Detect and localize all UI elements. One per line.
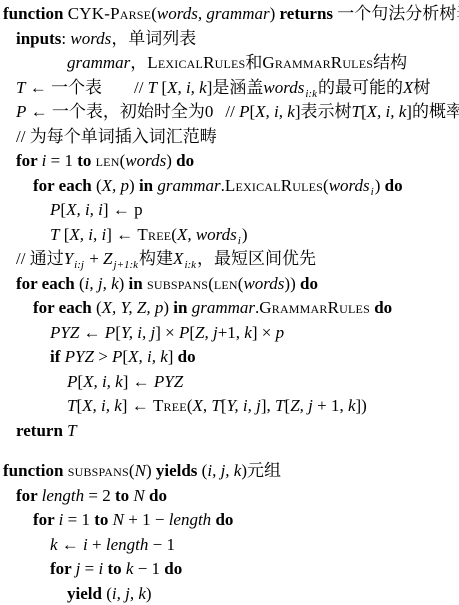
- code-segment: =: [80, 559, 98, 578]
- code-segment: to: [77, 151, 95, 170]
- code-segment: to: [107, 559, 125, 578]
- code-segment: ，最短区间优先: [197, 249, 316, 268]
- code-segment: i: [371, 186, 374, 198]
- pseudocode-block-cyk-parse: function CYK-Parse(words, grammar) retur…: [2, 2, 459, 443]
- code-segment: 树: [413, 78, 430, 97]
- code-segment: do: [215, 510, 233, 529]
- code-line: inputs: words，单词列表: [2, 27, 459, 52]
- code-segment: +1,: [218, 323, 245, 342]
- code-line: for j = i to k − 1 do: [2, 557, 459, 582]
- code-segment: words: [70, 29, 111, 48]
- code-segment: ): [270, 4, 280, 23]
- code-line: yield (i, j, k): [2, 582, 459, 605]
- code-segment: >: [94, 347, 112, 366]
- code-segment: P: [105, 323, 115, 342]
- code-segment: LexicalRules: [225, 176, 323, 195]
- code-segment: T: [211, 396, 220, 415]
- code-segment: ): [242, 225, 248, 244]
- code-segment: N: [133, 486, 144, 505]
- code-segment: − 1: [133, 559, 164, 578]
- code-segment: )): [284, 274, 300, 293]
- code-segment: 的最可能的: [318, 78, 403, 97]
- code-segment: Y: [64, 249, 73, 268]
- code-segment: ): [146, 584, 152, 603]
- code-line: for i = 1 to len(words) do: [2, 149, 459, 174]
- code-segment: X, i, i: [69, 225, 106, 244]
- code-segment: P: [179, 323, 189, 342]
- code-segment: //: [134, 78, 148, 97]
- code-line: T[X, i, k] ← Tree(X, T[Y, i, j], T[Z, j …: [2, 394, 459, 419]
- code-segment: +: [88, 535, 106, 554]
- code-segment: inputs: [16, 29, 61, 48]
- code-segment: do: [374, 298, 392, 317]
- code-segment: ]): [356, 396, 367, 415]
- code-line: for each (X, p) in grammar.LexicalRules(…: [2, 174, 459, 199]
- code-segment: in: [173, 298, 191, 317]
- code-segment: i, j, k: [112, 584, 146, 603]
- code-segment: k: [244, 323, 252, 342]
- code-segment: 一个句法分析树表: [337, 4, 459, 23]
- code-line: for each (X, Y, Z, p) in grammar.Grammar…: [2, 296, 459, 321]
- code-segment: for each: [33, 176, 96, 195]
- code-segment: Z, j: [195, 323, 218, 342]
- code-segment: )元组: [241, 461, 281, 480]
- code-segment: Z, j: [290, 396, 313, 415]
- pseudocode-page: function CYK-Parse(words, grammar) retur…: [0, 0, 459, 605]
- code-line: P ← 一个表，初始时全为0// P[X, i, k]表示树T[X, i, k]…: [2, 100, 459, 125]
- code-segment: T: [351, 102, 360, 121]
- code-segment: GrammarRules: [259, 298, 370, 317]
- code-segment: 和: [245, 53, 262, 72]
- code-segment: X: [403, 78, 413, 97]
- code-segment: in: [139, 176, 157, 195]
- code-segment: ): [166, 151, 176, 170]
- code-segment: ): [146, 461, 156, 480]
- code-segment: ]表示树: [295, 102, 352, 121]
- code-segment: ← 一个表，初始时全为0: [26, 102, 213, 121]
- code-segment: k: [50, 535, 58, 554]
- code-segment: for: [33, 510, 59, 529]
- code-segment: ): [163, 298, 173, 317]
- code-line: grammar，LexicalRules和GrammarRules结构: [2, 51, 459, 76]
- code-segment: to: [115, 486, 133, 505]
- code-segment: function: [3, 4, 68, 23]
- code-segment: = 1: [46, 151, 77, 170]
- code-segment: i: [238, 235, 241, 247]
- code-line: for length = 2 to N do: [2, 484, 459, 509]
- code-segment: yields: [156, 461, 202, 480]
- code-segment: //: [225, 102, 239, 121]
- code-segment: Y, i, j: [227, 396, 261, 415]
- code-segment: grammar: [67, 53, 130, 72]
- code-segment: P: [50, 200, 60, 219]
- code-segment: X, i, k: [128, 347, 168, 366]
- code-segment: ，: [130, 53, 147, 72]
- code-segment: function: [3, 461, 68, 480]
- code-segment: = 2: [84, 486, 115, 505]
- code-segment: return: [16, 421, 67, 440]
- code-segment: ，单词列表: [111, 29, 196, 48]
- code-segment: 构建: [139, 249, 173, 268]
- code-segment: len: [214, 274, 238, 293]
- code-segment: p: [276, 323, 285, 342]
- code-line: if PYZ > P[X, i, k] do: [2, 345, 459, 370]
- code-segment: X, i, k: [83, 372, 123, 391]
- code-segment: for each: [16, 274, 79, 293]
- code-segment: Z: [103, 249, 112, 268]
- code-segment: T: [275, 396, 284, 415]
- code-segment: X, i, k: [167, 78, 207, 97]
- code-segment: j+1:k: [114, 259, 139, 271]
- code-segment: X: [193, 396, 203, 415]
- code-segment: do: [385, 176, 403, 195]
- code-segment: words, grammar: [157, 4, 270, 23]
- code-segment: ]是涵盖: [207, 78, 264, 97]
- pseudocode-figure: function CYK-Parse(words, grammar) retur…: [0, 0, 459, 605]
- code-segment: CYK-Parse: [68, 4, 151, 23]
- code-segment: length: [42, 486, 85, 505]
- code-segment: ): [129, 176, 139, 195]
- code-segment: // 为每个单词插入词汇范畴: [16, 127, 217, 146]
- code-segment: N: [135, 461, 146, 480]
- code-line: P[X, i, i] ← p: [2, 198, 459, 223]
- code-segment: ] ← p: [103, 200, 143, 219]
- code-segment: do: [176, 151, 194, 170]
- code-segment: if: [50, 347, 65, 366]
- code-line: // 通过Yi:j + Zj+1:k构建Xi:k，最短区间优先: [2, 247, 459, 272]
- pseudocode-block-subspans: function subspans(N) yields (i, j, k)元组f…: [2, 459, 459, 605]
- code-segment: i, j, k: [85, 274, 119, 293]
- code-segment: len: [96, 151, 120, 170]
- code-segment: do: [149, 486, 167, 505]
- code-segment: length: [169, 510, 212, 529]
- code-segment: words: [263, 78, 304, 97]
- code-segment: X, i, k: [367, 102, 407, 121]
- code-segment: i:j: [74, 259, 84, 271]
- code-segment: for each: [33, 298, 96, 317]
- code-line: function CYK-Parse(words, grammar) retur…: [2, 2, 459, 27]
- code-segment: P: [16, 102, 26, 121]
- code-segment: subspans: [68, 461, 129, 480]
- code-segment: 结构: [373, 53, 407, 72]
- code-segment: X, i, k: [255, 102, 295, 121]
- code-segment: X, i, k: [82, 396, 122, 415]
- code-segment: Tree: [153, 396, 187, 415]
- code-segment: N: [113, 510, 124, 529]
- code-segment: words: [125, 151, 166, 170]
- code-segment: X, Y, Z, p: [102, 298, 164, 317]
- code-segment: − 1: [148, 535, 175, 554]
- code-segment: = 1: [63, 510, 94, 529]
- code-segment: ] ←: [106, 225, 137, 244]
- code-segment: Tree: [137, 225, 171, 244]
- code-segment: in: [129, 274, 147, 293]
- code-segment: grammar: [192, 298, 255, 317]
- code-segment: length: [106, 535, 149, 554]
- code-segment: GrammarRules: [262, 53, 373, 72]
- code-segment: X, i, i: [66, 200, 103, 219]
- code-segment: words: [243, 274, 284, 293]
- code-segment: ←: [58, 535, 84, 554]
- code-segment: + 1 −: [124, 510, 169, 529]
- code-line: for i = 1 to N + 1 − length do: [2, 508, 459, 533]
- code-segment: words: [329, 176, 370, 195]
- code-segment: subspans: [147, 274, 208, 293]
- code-segment: ←: [79, 323, 105, 342]
- code-segment: LexicalRules: [147, 53, 245, 72]
- code-segment: ] ←: [123, 372, 154, 391]
- code-segment: ] ←: [122, 396, 153, 415]
- code-line: T ← 一个表// T [X, i, k]是涵盖wordsi:k的最可能的X树: [2, 76, 459, 101]
- code-segment: P: [239, 102, 249, 121]
- code-segment: for: [16, 486, 42, 505]
- code-segment: returns: [280, 4, 338, 23]
- code-segment: i:k: [184, 259, 196, 271]
- code-segment: ): [375, 176, 385, 195]
- code-line: P[X, i, k] ← PYZ: [2, 370, 459, 395]
- code-segment: i, j, k: [207, 461, 241, 480]
- code-segment: X: [173, 249, 183, 268]
- code-segment: T: [148, 78, 157, 97]
- code-segment: ] ×: [252, 323, 276, 342]
- code-segment: do: [164, 559, 182, 578]
- code-segment: + 1,: [313, 396, 348, 415]
- code-segment: yield: [67, 584, 106, 603]
- code-segment: :: [61, 29, 70, 48]
- code-segment: [: [59, 225, 69, 244]
- code-segment: // 通过: [16, 249, 64, 268]
- code-segment: ] ×: [155, 323, 179, 342]
- code-segment: ← 一个表: [25, 78, 102, 97]
- code-segment: +: [85, 249, 103, 268]
- code-segment: X, words: [177, 225, 237, 244]
- code-line: PYZ ← P[Y, i, j] × P[Z, j+1, k] × p: [2, 321, 459, 346]
- code-segment: PYZ: [154, 372, 183, 391]
- code-segment: grammar: [157, 176, 220, 195]
- code-segment: Y, i, j: [121, 323, 155, 342]
- code-segment: ): [119, 274, 129, 293]
- code-segment: do: [178, 347, 196, 366]
- code-segment: to: [94, 510, 112, 529]
- code-segment: for: [50, 559, 76, 578]
- code-segment: ]的概率: [406, 102, 459, 121]
- code-segment: PYZ: [50, 323, 79, 342]
- code-segment: i:k: [305, 88, 317, 100]
- code-segment: do: [300, 274, 318, 293]
- code-line: // 为每个单词插入词汇范畴: [2, 125, 459, 150]
- code-line: for each (i, j, k) in subspans(len(words…: [2, 272, 459, 297]
- code-segment: P: [67, 372, 77, 391]
- code-line: return T: [2, 419, 459, 444]
- code-line: T [X, i, i] ← Tree(X, wordsi): [2, 223, 459, 248]
- code-segment: T: [67, 421, 76, 440]
- code-line: k ← i + length − 1: [2, 533, 459, 558]
- code-segment: PYZ: [65, 347, 94, 366]
- code-segment: P: [112, 347, 122, 366]
- code-segment: X, p: [102, 176, 129, 195]
- code-segment: ]: [168, 347, 178, 366]
- code-segment: [: [157, 78, 167, 97]
- code-line: function subspans(N) yields (i, j, k)元组: [2, 459, 459, 484]
- code-segment: ],: [261, 396, 275, 415]
- code-segment: for: [16, 151, 42, 170]
- code-segment: k: [348, 396, 356, 415]
